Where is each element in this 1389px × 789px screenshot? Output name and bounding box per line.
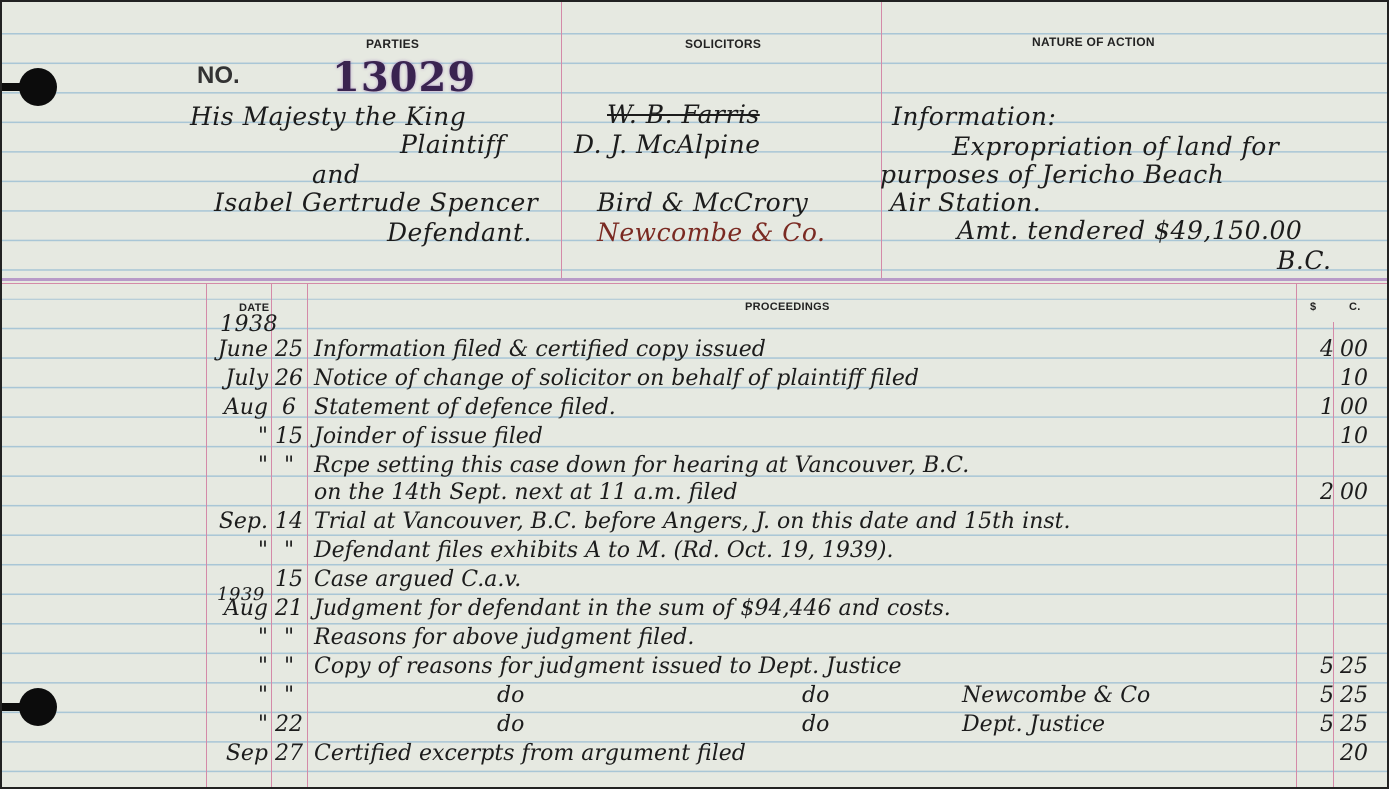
entry-day: 22 xyxy=(274,712,304,737)
entry-text: Copy of reasons for judgment issued to D… xyxy=(314,654,902,679)
entry-text: Joinder of issue filed xyxy=(314,424,543,449)
entry-day: 21 xyxy=(274,596,304,621)
proceeding-row: " " Copy of reasons for judgment issued … xyxy=(2,654,1389,683)
nature-line-6: B.C. xyxy=(1277,246,1332,275)
entry-text: Rcpe setting this case down for hearing … xyxy=(314,453,969,478)
entry-text: Certified excerpts from argument filed xyxy=(314,741,746,766)
entry-day: " xyxy=(274,683,304,708)
entry-ditto-mid: do xyxy=(802,683,829,708)
entry-month: Aug xyxy=(210,596,268,621)
nature-line-2: Expropriation of land for xyxy=(952,132,1279,161)
entry-day: 15 xyxy=(274,424,304,449)
entry-month: " xyxy=(210,625,268,650)
proceeding-row: Sep. 14 Trial at Vancouver, B.C. before … xyxy=(2,509,1389,538)
entry-ditto-mid: do xyxy=(802,712,829,737)
nature-line-5: Amt. tendered $49,150.00 xyxy=(957,216,1302,245)
divider-solicitors-nature xyxy=(881,2,882,278)
proceeding-row: Aug 21 Judgment for defendant in the sum… xyxy=(2,596,1389,625)
defendant-solicitor-new: Newcombe & Co. xyxy=(597,218,825,247)
proceeding-row: June 25 Information filed & certified co… xyxy=(2,337,1389,366)
plaintiff-solicitor-struck: W. B. Farris xyxy=(607,100,760,129)
entry-day: 6 xyxy=(274,395,304,420)
entry-month: " xyxy=(210,424,268,449)
entry-day: " xyxy=(274,625,304,650)
entry-cents: 20 xyxy=(1340,741,1380,766)
proceeding-row: Sep 27 Certified excerpts from argument … xyxy=(2,741,1389,770)
proceeding-row: " " Reasons for above judgment filed. xyxy=(2,625,1389,654)
entry-dollars: 5 xyxy=(1298,712,1334,737)
nature-line-4: Air Station. xyxy=(890,188,1041,217)
defendant-solicitor-original: Bird & McCrory xyxy=(597,188,808,217)
entry-dollars: 5 xyxy=(1298,654,1334,679)
entry-day: 26 xyxy=(274,366,304,391)
entry-day: 14 xyxy=(274,509,304,534)
proceeding-row: " " Rcpe setting this case down for hear… xyxy=(2,453,1389,482)
entry-text: Statement of defence filed. xyxy=(314,395,616,420)
entry-cents: 00 xyxy=(1340,337,1380,362)
entry-cents: 25 xyxy=(1340,683,1380,708)
entry-cents: 00 xyxy=(1340,395,1380,420)
entry-day: " xyxy=(274,453,304,478)
entry-day: " xyxy=(274,654,304,679)
binder-hole-top xyxy=(19,68,57,106)
entry-cents: 00 xyxy=(1340,480,1380,505)
section-separator-thin xyxy=(2,283,1389,284)
entry-month: " xyxy=(210,453,268,478)
entry-text: on the 14th Sept. next at 11 a.m. filed xyxy=(314,480,738,505)
header-dollars: $ xyxy=(1310,301,1316,313)
entry-month: " xyxy=(210,654,268,679)
defendant-name: Isabel Gertrude Spencer xyxy=(214,188,538,217)
nature-line-1: Information: xyxy=(892,102,1056,131)
header-solicitors: SOLICITORS xyxy=(685,37,761,51)
entry-recipient: Newcombe & Co xyxy=(962,683,1150,708)
entry-dollars: 2 xyxy=(1298,480,1334,505)
entry-month: Aug xyxy=(210,395,268,420)
entry-month: " xyxy=(210,712,268,737)
proceeding-row: " 15 Joinder of issue filed 10 xyxy=(2,424,1389,453)
entry-text: Judgment for defendant in the sum of $94… xyxy=(314,596,951,621)
entry-month: July xyxy=(210,366,268,391)
entry-text: Information filed & certified copy issue… xyxy=(314,337,766,362)
entry-day: 15 xyxy=(274,567,304,592)
entry-month: " xyxy=(210,683,268,708)
entry-dollars: 1 xyxy=(1298,395,1334,420)
entry-ditto: do xyxy=(497,683,524,708)
header-cents: C. xyxy=(1349,301,1361,313)
ledger-card: PARTIES SOLICITORS NATURE OF ACTION DATE… xyxy=(0,0,1389,789)
entry-cents: 25 xyxy=(1340,654,1380,679)
proceeding-row: Aug 6 Statement of defence filed. 1 00 xyxy=(2,395,1389,424)
header-proceedings: PROCEEDINGS xyxy=(745,301,830,313)
parties-conjunction: and xyxy=(312,160,361,189)
entry-text: Defendant files exhibits A to M. (Rd. Oc… xyxy=(314,538,894,563)
plaintiff-role: Plaintiff xyxy=(400,130,505,159)
defendant-role: Defendant. xyxy=(387,218,532,247)
entry-recipient: Dept. Justice xyxy=(962,712,1105,737)
header-nature-of-action: NATURE OF ACTION xyxy=(1032,35,1155,49)
entry-month: June xyxy=(210,337,268,362)
entry-ditto: do xyxy=(497,712,524,737)
entry-cents: 25 xyxy=(1340,712,1380,737)
entry-text: Notice of change of solicitor on behalf … xyxy=(314,366,919,391)
entry-cents: 10 xyxy=(1340,366,1380,391)
plaintiff-solicitor: D. J. McAlpine xyxy=(574,130,761,159)
divider-parties-solicitors xyxy=(561,2,562,278)
entry-dollars: 4 xyxy=(1298,337,1334,362)
year-1938: 1938 xyxy=(220,312,278,337)
entry-month: Sep xyxy=(210,741,268,766)
entry-month: " xyxy=(210,538,268,563)
proceeding-row: on the 14th Sept. next at 11 a.m. filed … xyxy=(2,480,1389,509)
entry-cents: 10 xyxy=(1340,424,1380,449)
proceeding-row: 15 Case argued C.a.v. xyxy=(2,567,1389,596)
nature-line-3: purposes of Jericho Beach xyxy=(880,160,1224,189)
entry-day: 27 xyxy=(274,741,304,766)
case-number-label: NO. xyxy=(197,62,240,90)
entry-dollars: 5 xyxy=(1298,683,1334,708)
entry-text: Case argued C.a.v. xyxy=(314,567,521,592)
proceeding-row: July 26 Notice of change of solicitor on… xyxy=(2,366,1389,395)
case-number-stamp: 13029 xyxy=(332,54,476,101)
proceeding-row: " " do do Newcombe & Co 5 25 xyxy=(2,683,1389,712)
entry-month: Sep. xyxy=(210,509,268,534)
header-parties: PARTIES xyxy=(366,37,419,51)
entry-text: Trial at Vancouver, B.C. before Angers, … xyxy=(314,509,1071,534)
proceeding-row: " " Defendant files exhibits A to M. (Rd… xyxy=(2,538,1389,567)
plaintiff-name: His Majesty the King xyxy=(190,102,466,131)
entry-day: " xyxy=(274,538,304,563)
section-separator xyxy=(2,278,1389,281)
entry-day: 25 xyxy=(274,337,304,362)
entry-text: Reasons for above judgment filed. xyxy=(314,625,694,650)
proceeding-row: " 22 do do Dept. Justice 5 25 xyxy=(2,712,1389,741)
